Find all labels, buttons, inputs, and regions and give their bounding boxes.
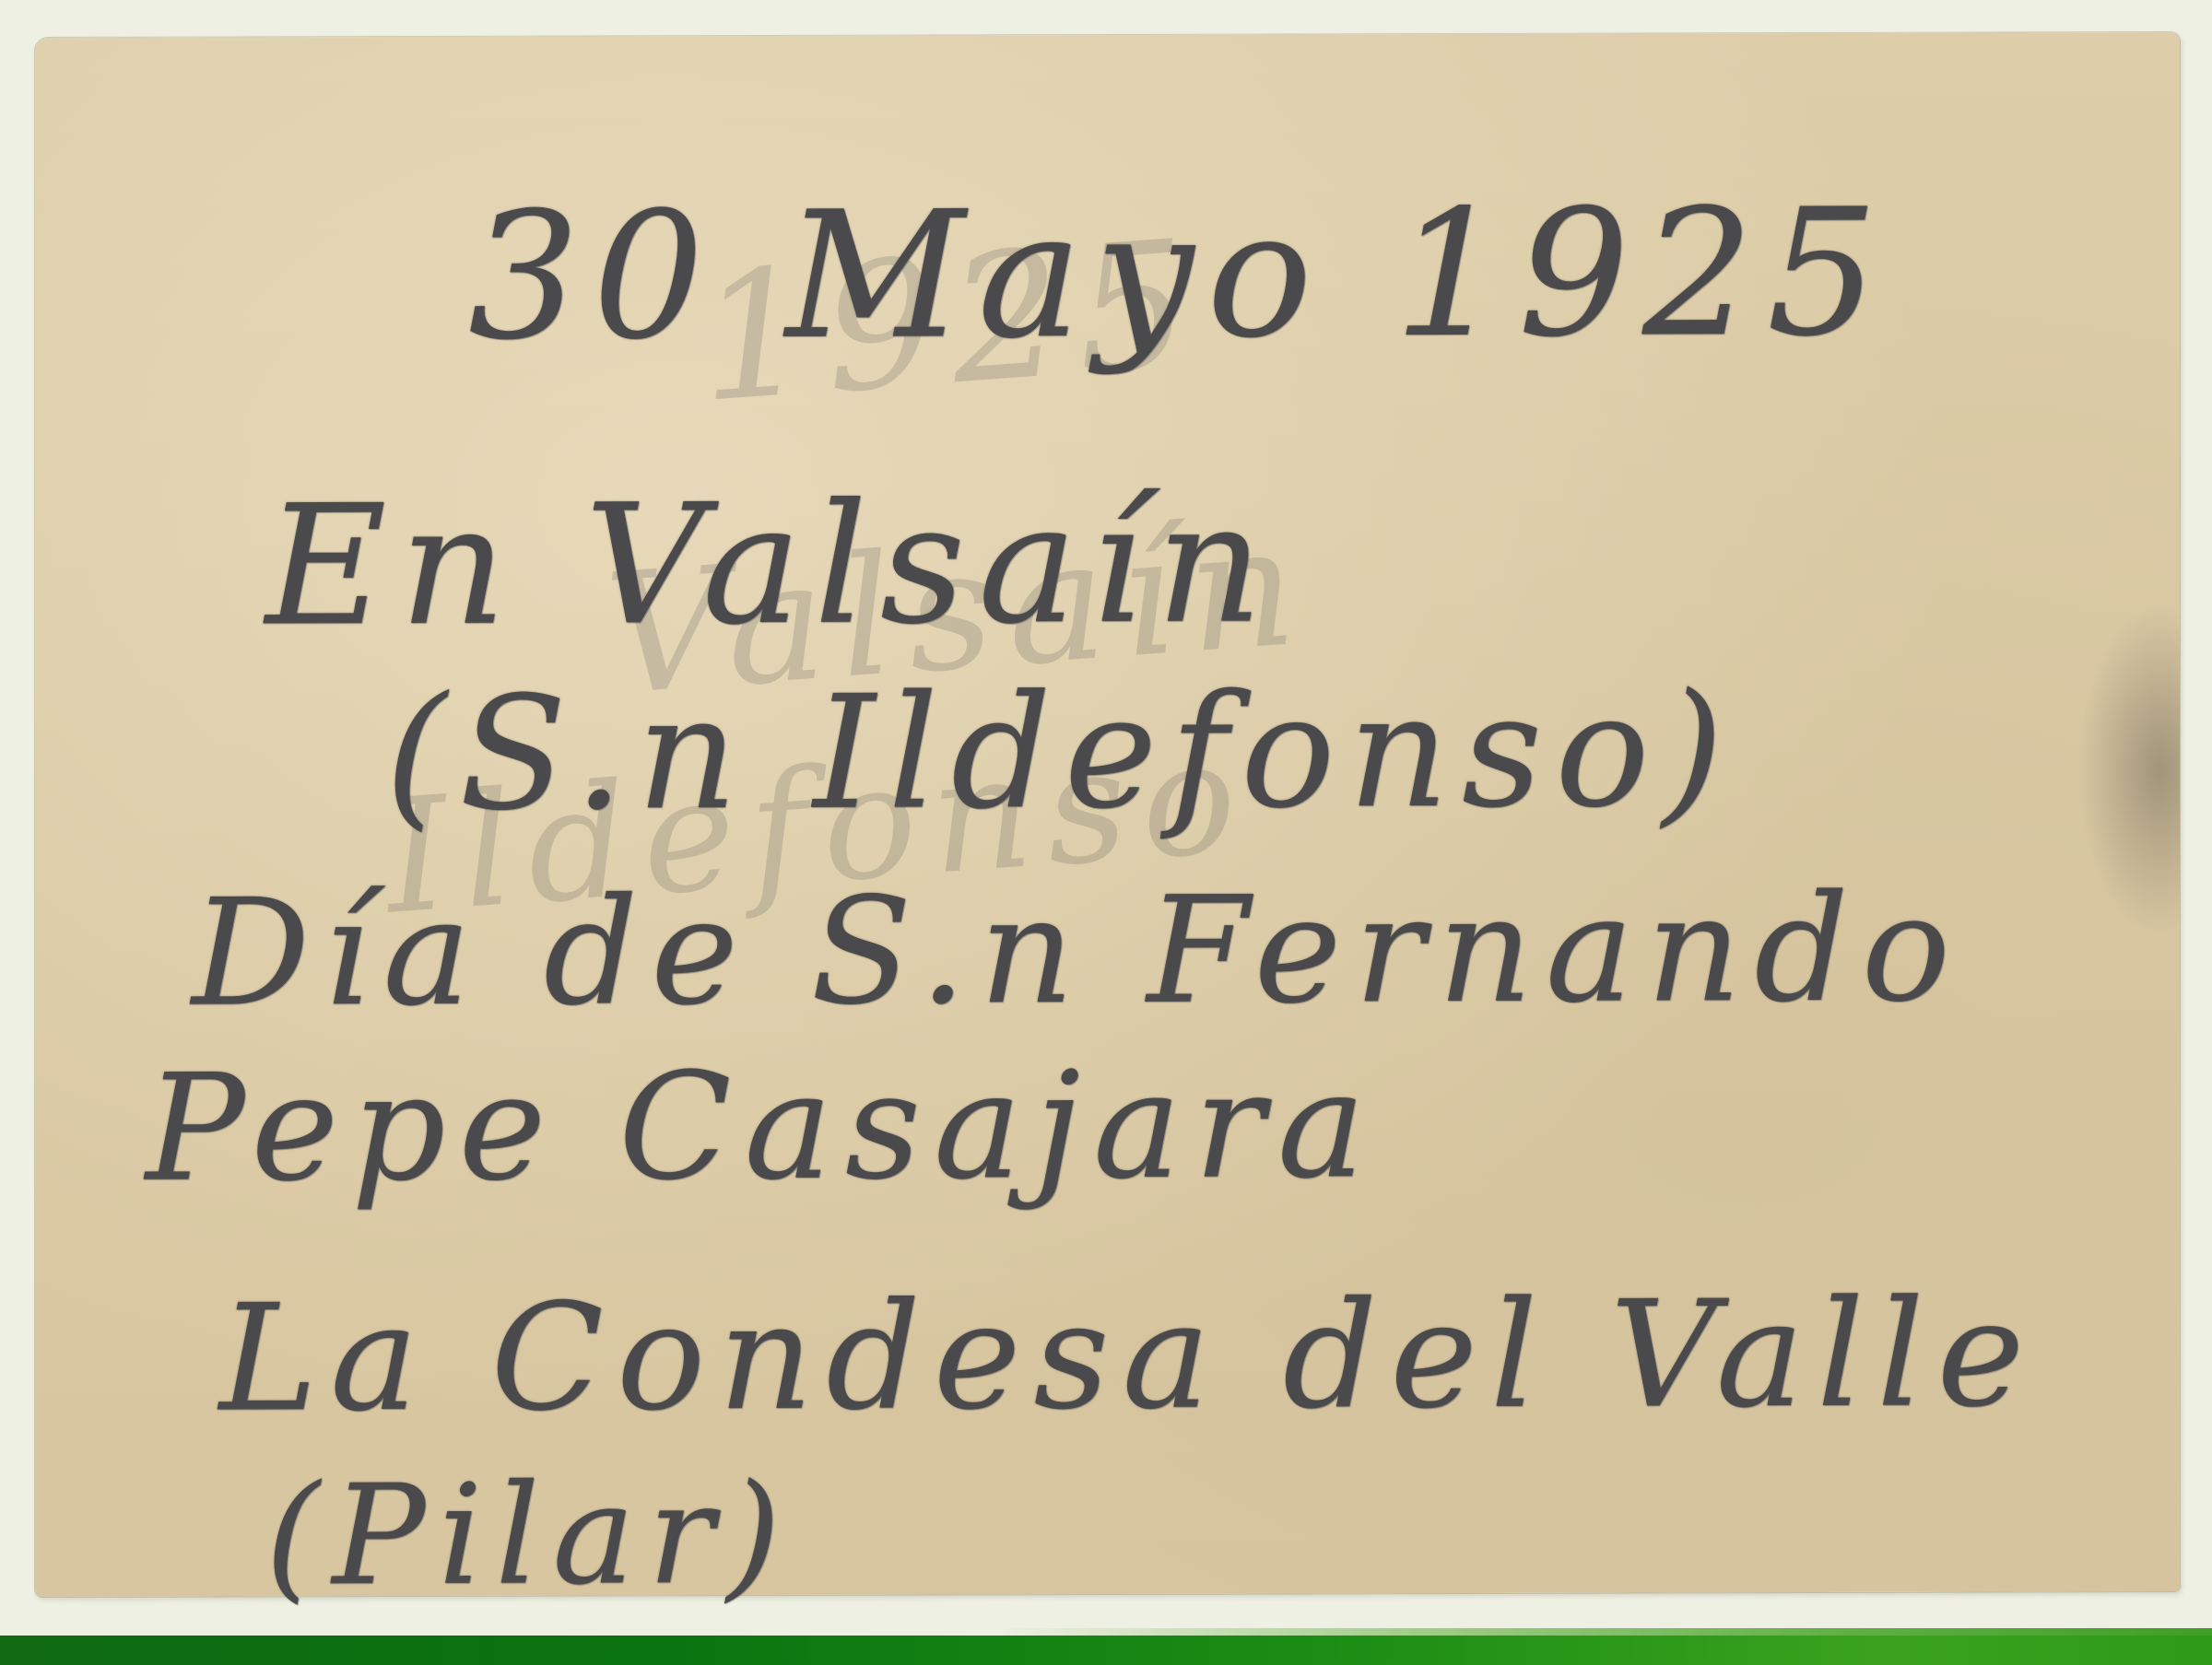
- archival-card: 1925 Valsaín Ildefonso 30 Mayo 1925 En V…: [35, 32, 2180, 1597]
- handwritten-person-2: La Condesa del Valle: [219, 1267, 2037, 1444]
- handwritten-date: 30 Mayo 1925: [468, 171, 1891, 379]
- handwritten-place-detail: (S.n Ildefonso): [385, 660, 1736, 846]
- graphite-smudge: [2078, 604, 2180, 935]
- bottom-bar-highlight: [995, 1628, 2212, 1636]
- handwritten-place: En Valsaín: [265, 468, 1276, 663]
- bottom-green-bar: [0, 1636, 2212, 1665]
- handwritten-feast-day: Día de S.n Fernando: [192, 862, 1963, 1039]
- handwritten-person-1: Pepe Casajara: [146, 1038, 1378, 1214]
- handwritten-person-2-name: (Pilar): [265, 1455, 794, 1617]
